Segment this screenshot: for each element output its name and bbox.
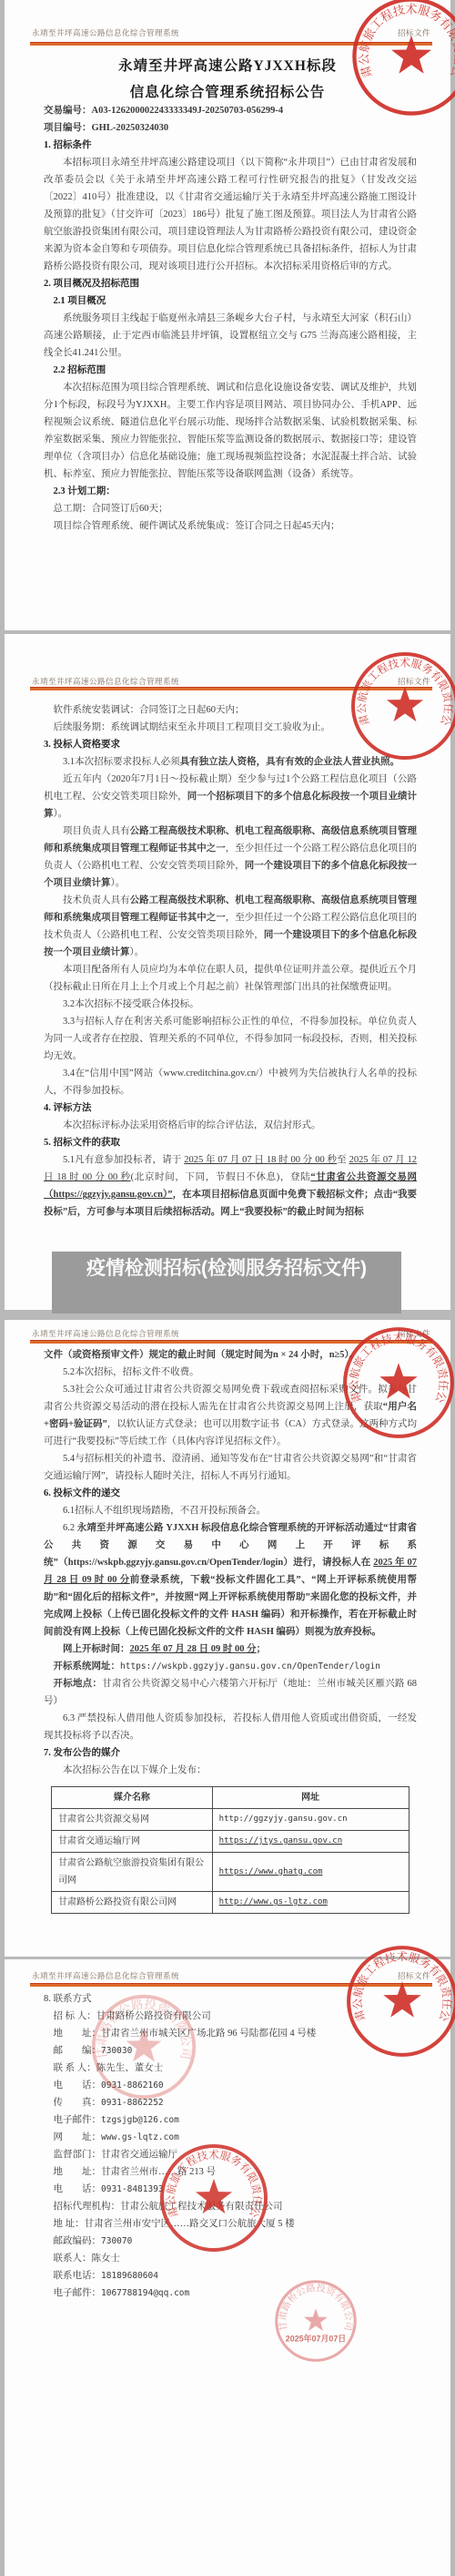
media-table-header: 网址: [212, 1787, 409, 1809]
text-run: ，: [173, 1190, 183, 1200]
paragraph: 3.1本次招标要求投标人必须具有独立法人资格，具有有效的企业法人营业执照。: [44, 753, 417, 771]
paragraph: 6.3 严禁投标人借用他人资质参加投标，若投标人借用他人资质或出借资质，一经发现…: [44, 1710, 417, 1744]
header-rule: [30, 1340, 432, 1344]
text-run: 6.3 严禁投标人借用他人资质参加投标，若投标人借用他人资质或出借资质，一经发现…: [44, 1713, 417, 1741]
text-run: 具有独立法人资格，具有有效的企业法人营业执照。: [180, 757, 400, 767]
text-run: 电子邮件：: [54, 2115, 102, 2125]
text-run: 永靖至井坪高速公路 YJXXH 标段信息化综合管理系统的开评标活动通过“甘肃省公…: [44, 1523, 417, 1568]
text-run: 本次招标公告在以下媒介上发布：: [63, 1765, 207, 1775]
paragraph: 文件（或资格预审文件）规定的截止时间（规定时间为n × 24 小时，n≥5）。: [44, 1346, 417, 1364]
page-header-right: 招标文件: [398, 1328, 430, 1339]
text-run: 7. 发布公告的媒介: [44, 1748, 120, 1758]
text-run: 2.2 招标范围: [54, 365, 106, 375]
paragraph: 地 址：甘肃省兰州市安宁区……路交叉口公航旅大厦 5 楼: [44, 2215, 417, 2233]
text-run: 传 真：: [54, 2098, 102, 2108]
page-header: 永靖至井坪高速公路信息化综合管理系统 招标文件: [32, 1328, 430, 1339]
paragraph: 本招标项目永靖至井坪高速公路建设项目（以下简称“永井项目”）已由甘肃省发展和改革…: [44, 154, 417, 275]
section-heading: 2.3 计划工期：: [44, 483, 417, 500]
paragraph: 系统服务项目主线起于临夏州永靖县三条岘乡大台子村，与永靖至大河家（积石山）高速公…: [44, 310, 417, 362]
text-run: www.gs-lqtz.com: [101, 2132, 179, 2142]
text-run: 开标地点：: [54, 1679, 103, 1689]
text-run: 3.4在“信用中国”网站（www.creditchina.gov.cn/）中被列…: [44, 1068, 417, 1096]
text-run: 3. 投标人资格要求: [44, 740, 120, 750]
text-run: 5.2本次招标，招标文件不收费。: [63, 1367, 199, 1377]
text-run: 本项目配备所有人员应均为本单位在职人员，提供单位证明并盖公章。提供近五个月（投标…: [44, 965, 417, 992]
paragraph: 后续服务期：系统调试期结束至永井项目工程项目交工验收为止。: [44, 719, 417, 736]
media-url-cell: https://www.ghatg.com: [212, 1853, 409, 1892]
text-run: 总工期：合同签订后60天；: [54, 504, 168, 514]
overlay-article-title[interactable]: 疫情检测招标(检测服务招标文件): [52, 1252, 401, 1314]
text-run: 联 系 人：陈先生、董女士: [54, 2063, 164, 2073]
paragraph: 软件系统安装调试：合同签订之日起60天内；: [44, 701, 417, 719]
media-table-row: 甘肃省公共资源交易网http://ggzyjy.gansu.gov.cn: [52, 1809, 409, 1831]
paragraph: 监督部门：甘肃省交通运输厅: [44, 2146, 417, 2163]
document-page: 永靖至井坪高速公路信息化综合管理系统 招标文件 永靖至井坪高速公路YJXXH标段…: [5, 0, 450, 630]
text-run: 2.1 项目概况: [54, 296, 106, 306]
paragraph: 本次招标范围为项目综合管理系统、调试和信息化设施设备安装、调试及维护，共划分1个…: [44, 379, 417, 483]
page-header: 永靖至井坪高速公路信息化综合管理系统 招标文件: [32, 676, 430, 687]
text-run: 后续服务期：系统调试期结束至永井项目工程项目交工验收为止。: [54, 722, 331, 732]
paragraph: 传 真：0931-8862252: [44, 2094, 417, 2111]
text-run: tzgsjgb@126.com: [101, 2115, 179, 2125]
text-run: 2. 项目概况及招标范围: [44, 279, 139, 289]
media-name-cell: 甘肃省公共资源交易网: [52, 1809, 213, 1831]
text-run: 6.2: [63, 1523, 77, 1533]
text-run: 8. 联系方式: [44, 1994, 92, 2004]
text-run: 项目综合管理系统、硬件调试及系统集成：签订合同之日起45天内；: [54, 521, 340, 531]
text-run: 本招标项目永靖至井坪高速公路建设项目（以下简称“永井项目”）已由甘肃省发展和改革…: [44, 158, 417, 271]
paragraph: 联系电话：18189680604: [44, 2267, 417, 2285]
text-run: 5.1凡有意参加投标者，请于: [63, 1155, 184, 1165]
page-header-right: 招标文件: [398, 1970, 430, 1981]
page-header-right: 招标文件: [398, 27, 430, 38]
paragraph: 电子邮件：1067788194@qq.com: [44, 2285, 417, 2302]
media-table: 媒介名称网址甘肃省公共资源交易网http://ggzyjy.gansu.gov.…: [51, 1786, 409, 1914]
page-header-left: 永靖至井坪高速公路信息化综合管理系统: [32, 27, 179, 38]
media-table-row: 甘肃省公路航空旅游投资集团有限公司网https://www.ghatg.com: [52, 1853, 409, 1892]
media-name-cell: 甘肃路桥公路投资有限公司网: [52, 1892, 213, 1914]
paragraph: 邮 编：730030: [44, 2042, 417, 2060]
text-run: 软件系统安装调试：合同签订之日起60天内；: [54, 705, 245, 715]
text-run: 项目负责人具有: [63, 826, 130, 836]
text-run: 5.4与招标相关的补遗书、澄清函、通知等发布在“甘肃省公共资源交易网”和“甘肃省…: [44, 1454, 417, 1481]
text-run: 文件（或资格预审文件）规定的截止时间（规定时间为n × 24 小时，n≥5）。: [44, 1350, 359, 1360]
section-heading: 3. 投标人资格要求: [44, 736, 417, 753]
paragraph: 本次招标评标办法采用资格后审的综合评估法，双信封形式。: [44, 1117, 417, 1134]
paragraph: 5.3社会公众可通过甘肃省公共资源交易网免费下载或查阅招标采购文件。拟参与甘肃省…: [44, 1381, 417, 1450]
section-heading: 5. 招标文件的获取: [44, 1134, 417, 1151]
paragraph: 8. 联系方式: [44, 1990, 417, 2008]
text-run: 系统服务项目主线起于临夏州永靖县三条岘乡大台子村，与永靖至大河家（积石山）高速公…: [44, 313, 417, 358]
paragraph: 地 址：甘肃省兰州市城关区广场北路 96 号陆都花园 4 号楼: [44, 2025, 417, 2042]
text-run: ）。: [111, 878, 126, 888]
paragraph: 开标系统网址：https://wskpb.ggzyjy.gansu.gov.cn…: [44, 1658, 417, 1675]
text-run: 6.1招标人不组织现场踏勘，不召开投标预备会。: [63, 1506, 266, 1516]
text-run: 4. 评标方法: [44, 1103, 92, 1113]
section-heading: 6. 投标文件的递交: [44, 1485, 417, 1502]
text-run: 交易编号：A03-126200002243333349J-20250703-05…: [44, 106, 283, 116]
paragraph: 网 址：www.gs-lqtz.com: [44, 2129, 417, 2146]
text-run: ）。: [130, 947, 145, 957]
header-rule: [30, 1983, 432, 1987]
text-run: ）。: [54, 809, 68, 819]
section-heading: 4. 评标方法: [44, 1099, 417, 1117]
text-run: 3.2本次招标不接受联合体投标。: [63, 999, 199, 1009]
paragraph: 3.2本次招标不接受联合体投标。: [44, 996, 417, 1013]
paragraph: 电 话：0931-8481393: [44, 2181, 417, 2198]
text-run: 地 址：甘肃省兰州市城关区广场北路 96 号陆都花园 4 号楼: [54, 2029, 317, 2039]
page-header: 永靖至井坪高速公路信息化综合管理系统 招标文件: [32, 27, 430, 38]
text-run: 0931-8481393: [101, 2184, 164, 2194]
section-heading: 7. 发布公告的媒介: [44, 1744, 417, 1762]
paragraph: 项目综合管理系统、硬件调试及系统集成：签订合同之日起45天内；: [44, 517, 417, 535]
text-run: 电子邮件：: [54, 2288, 102, 2298]
page-header: 永靖至井坪高速公路信息化综合管理系统 招标文件: [32, 1970, 430, 1981]
text-run: 电 话：: [54, 2080, 102, 2090]
header-rule: [30, 687, 432, 690]
paragraph: 项目编号：GHL-20250324030: [44, 119, 417, 137]
page-header-left: 永靖至井坪高速公路信息化综合管理系统: [32, 1970, 179, 1981]
text-run: 技术负责人具有: [63, 895, 130, 905]
text-run: 联系电话：: [54, 2271, 102, 2281]
page-header-right: 招标文件: [398, 676, 430, 687]
paragraph: 电 话：0931-8862160: [44, 2077, 417, 2094]
paragraph: 技术负责人具有公路工程高级技术职称、机电工程高级职称、高级信息系统项目管理师和系…: [44, 892, 417, 961]
paragraph: 5.2本次招标，招标文件不收费。: [44, 1364, 417, 1381]
text-run: 0931-8862252: [101, 2098, 164, 2108]
paragraph: 6.2 永靖至井坪高速公路 YJXXH 标段信息化综合管理系统的开评标活动通过“…: [44, 1519, 417, 1641]
text-run: 730070: [101, 2236, 132, 2246]
text-run: 2025 年 07 月 07 日 18 时 00 分 00 秒: [184, 1155, 337, 1165]
paragraph: 3.4在“信用中国”网站（www.creditchina.gov.cn/）中被列…: [44, 1065, 417, 1099]
text-run: 本次招标评标办法采用资格后审的综合评估法，双信封形式。: [63, 1120, 321, 1130]
text-run: 监督部门：甘肃省交通运输厅: [54, 2150, 178, 2160]
text-run: 6. 投标文件的递交: [44, 1488, 120, 1498]
media-url-cell: http://ggzyjy.gansu.gov.cn: [212, 1809, 409, 1831]
section-heading: 2.2 招标范围: [44, 362, 417, 379]
media-name-cell: 甘肃省交通运输厅网: [52, 1831, 213, 1853]
paragraph: 3.3与招标人存在利害关系可能影响招标公正性的单位，不得参加投标。单位负责人为同…: [44, 1013, 417, 1065]
text-run: 1067788194@qq.com: [101, 2288, 189, 2298]
paragraph: 联 系 人：陈先生、董女士: [44, 2060, 417, 2077]
section-heading: 1. 招标条件: [44, 137, 417, 154]
media-url-cell: http://www.gs-lgtz.com: [212, 1892, 409, 1914]
paragraph: 联系人：陈女士: [44, 2250, 417, 2267]
text-run: 5. 招标文件的获取: [44, 1138, 120, 1148]
text-run: 邮 编：: [54, 2046, 102, 2056]
text-run: 电 话：: [54, 2184, 102, 2194]
document-page: 永靖至井坪高速公路信息化综合管理系统 招标文件 软件系统安装调试：合同签订之日起…: [5, 634, 450, 1310]
text-run: 项目编号：GHL-20250324030: [44, 123, 168, 133]
text-run: 邮政编码：: [54, 2236, 102, 2246]
page-content: 软件系统安装调试：合同签订之日起60天内；后续服务期：系统调试期结束至永井项目工…: [44, 701, 417, 1221]
paragraph: 开标地点：甘肃省公共资源交易中心六楼第六开标厅（地址：兰州市城关区雁兴路 68 …: [44, 1675, 417, 1710]
text-run: 730030: [101, 2046, 132, 2056]
text-run: 地 址：甘肃省兰州市……路 213 号: [54, 2167, 217, 2177]
page-content: 文件（或资格预审文件）规定的截止时间（规定时间为n × 24 小时，n≥5）。5…: [44, 1346, 417, 1914]
text-run: 开标系统网址：: [54, 1661, 121, 1671]
paragraph: 地 址：甘肃省兰州市……路 213 号: [44, 2163, 417, 2181]
text-run: 2025 年 07 月 28 日 09 时 00 分: [130, 1644, 257, 1654]
text-run: 招 标 人：甘肃路桥公路投资有限公司: [54, 2011, 211, 2021]
text-run: 3.3与招标人存在利害关系可能影响招标公正性的单位，不得参加投标。单位负责人为同…: [44, 1017, 417, 1061]
text-run: 1. 招标条件: [44, 140, 92, 150]
text-run: 0931-8862160: [101, 2080, 164, 2090]
text-run: 地 址：甘肃省兰州市安宁区……路交叉口公航旅大厦 5 楼: [54, 2219, 295, 2229]
paragraph: 邮政编码：730070: [44, 2233, 417, 2250]
media-table-row: 甘肃省交通运输厅网https://jtys.gansu.gov.cn: [52, 1831, 409, 1853]
paragraph: 总工期：合同签订后60天；: [44, 500, 417, 517]
section-heading: 2. 项目概况及招标范围: [44, 275, 417, 292]
paragraph: 近五年内（2020年7月1日～投标截止期）至少参与过1个公路工程信息化项目（公路…: [44, 771, 417, 823]
paragraph: 5.1凡有意参加投标者，请于 2025 年 07 月 07 日 18 时 00 …: [44, 1151, 417, 1221]
text-run: 招标代理机构：甘肃公航旅工程技术服务有限责任公司: [54, 2202, 283, 2212]
media-url-cell: https://jtys.gansu.gov.cn: [212, 1831, 409, 1853]
media-name-cell: 甘肃省公路航空旅游投资集团有限公司网: [52, 1853, 213, 1892]
text-run: 联系人：陈女士: [54, 2254, 121, 2264]
text-run: 网上开标时间：: [63, 1644, 130, 1654]
text-run: 至: [337, 1155, 349, 1165]
paragraph: 网上开标时间：2025 年 07 月 28 日 09 时 00 分；: [44, 1641, 417, 1658]
media-table-row: 甘肃路桥公路投资有限公司网http://www.gs-lgtz.com: [52, 1892, 409, 1914]
media-table-header: 媒介名称: [52, 1787, 213, 1809]
page-content: 8. 联系方式招 标 人：甘肃路桥公路投资有限公司地 址：甘肃省兰州市城关区广场…: [44, 1990, 417, 2302]
document-page: 永靖至井坪高速公路信息化综合管理系统 招标文件 8. 联系方式招 标 人：甘肃路…: [5, 1959, 450, 2576]
page-header-left: 永靖至井坪高速公路信息化综合管理系统: [32, 1328, 179, 1339]
page-header-left: 永靖至井坪高速公路信息化综合管理系统: [32, 676, 179, 687]
paragraph: 招标代理机构：甘肃公航旅工程技术服务有限责任公司: [44, 2198, 417, 2215]
paragraph: 招 标 人：甘肃路桥公路投资有限公司: [44, 2008, 417, 2025]
paragraph: 6.1招标人不组织现场踏勘，不召开投标预备会。: [44, 1502, 417, 1519]
text-run: ；: [257, 1644, 267, 1654]
text-run: (北京时间，下同，节假日不休息)，登陆: [131, 1172, 311, 1182]
page-content: 交易编号：A03-126200002243333349J-20250703-05…: [44, 102, 417, 535]
paragraph: 交易编号：A03-126200002243333349J-20250703-05…: [44, 102, 417, 119]
document-page: 永靖至井坪高速公路信息化综合管理系统 招标文件 文件（或资格预审文件）规定的截止…: [5, 1320, 450, 1957]
text-run: 18189680604: [101, 2271, 158, 2281]
text-run: 3.1本次招标要求投标人必须: [63, 757, 180, 767]
header-rule: [30, 42, 432, 46]
section-heading: 2.1 项目概况: [44, 292, 417, 310]
text-run: https://wskpb.ggzyjy.gansu.gov.cn/OpenTe…: [120, 1661, 380, 1671]
document-title-line: 永靖至井坪高速公路YJXXH标段: [5, 53, 450, 79]
paragraph: 本项目配备所有人员应均为本单位在职人员，提供单位证明并盖公章。提供近五个月（投标…: [44, 961, 417, 996]
text-run: 5.3社会公众可通过甘肃省公共资源交易网免费下载或查阅招标采购文件。拟参与甘肃省…: [44, 1385, 417, 1412]
page-title: 永靖至井坪高速公路YJXXH标段信息化综合管理系统招标公告: [5, 53, 450, 106]
paragraph: 本次招标公告在以下媒介上发布：: [44, 1762, 417, 1779]
paragraph: 项目负责人具有公路工程高级技术职称、机电工程高级职称、高级信息系统项目管理师和系…: [44, 823, 417, 892]
text-run: 网 址：: [54, 2132, 102, 2142]
paragraph: 5.4与招标相关的补遗书、澄清函、通知等发布在“甘肃省公共资源交易网”和“甘肃省…: [44, 1450, 417, 1485]
paragraph: 电子邮件：tzgsjgb@126.com: [44, 2111, 417, 2129]
text-run: 本次招标范围为项目综合管理系统、调试和信息化设施设备安装、调试及维护，共划分1个…: [44, 383, 417, 479]
text-run: 2.3 计划工期：: [54, 486, 116, 496]
